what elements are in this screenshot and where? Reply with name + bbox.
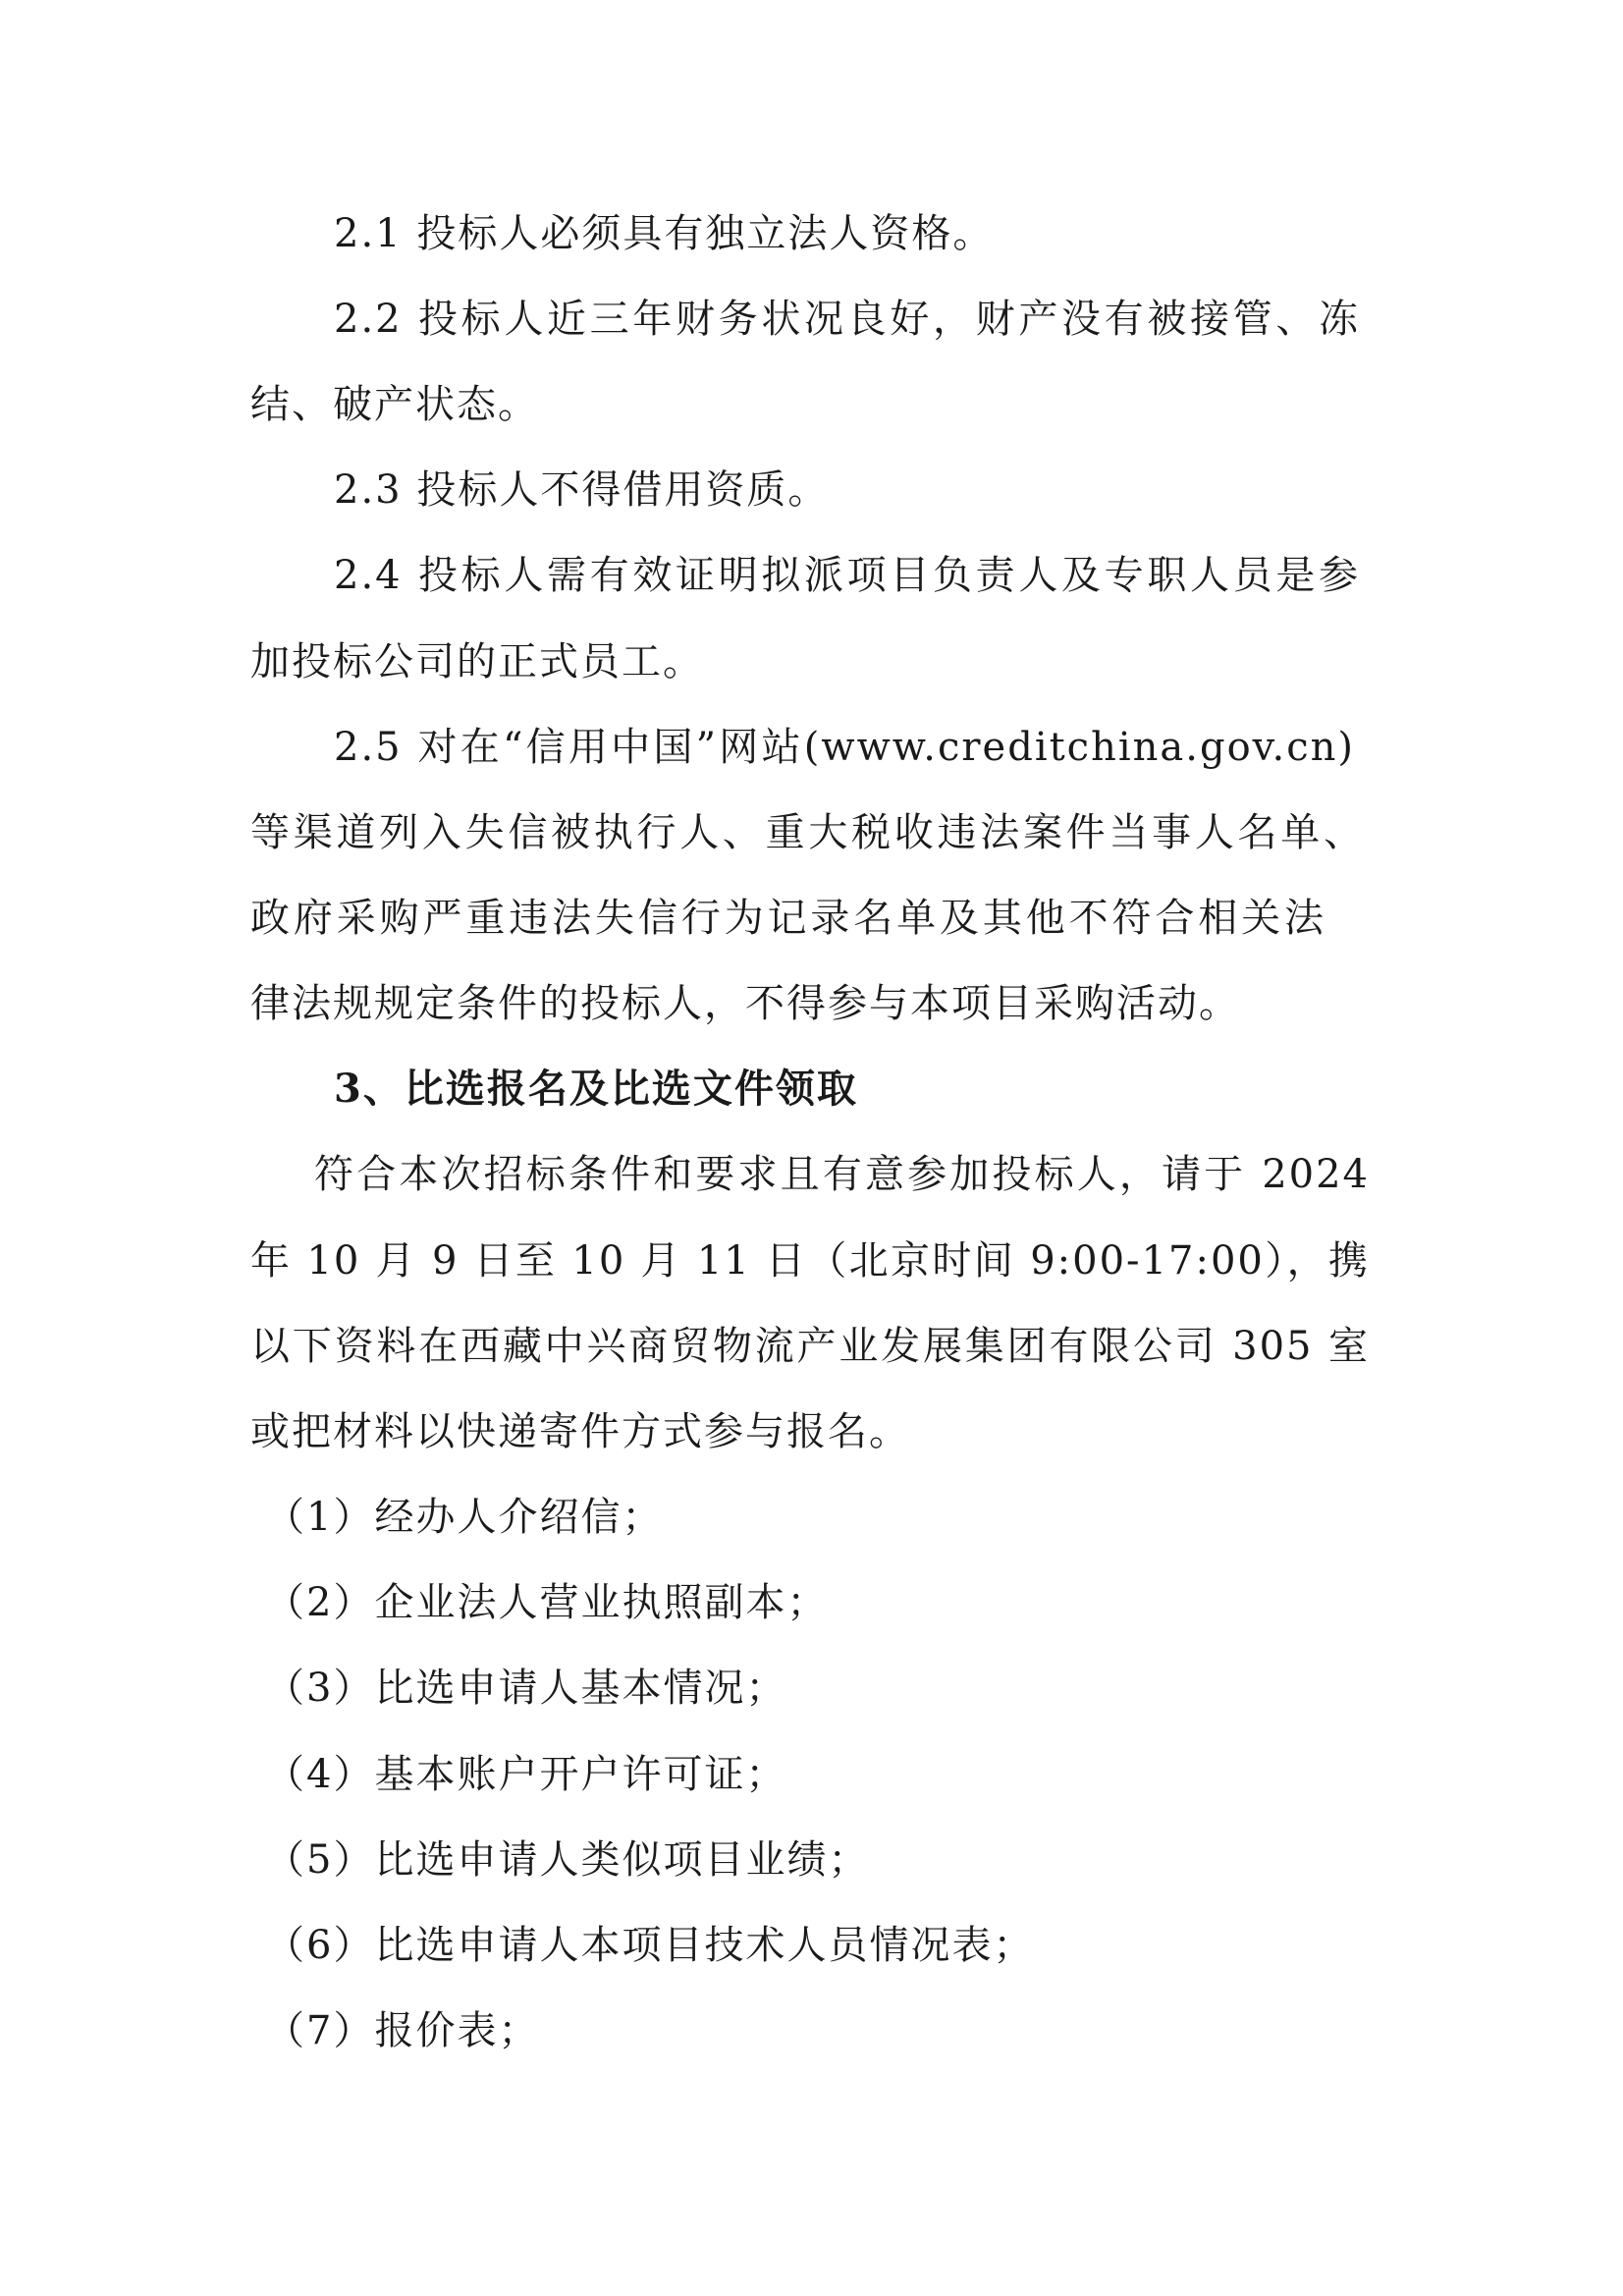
list-item-5: （5）比选申请人类似项目业绩； [265,1835,869,1885]
list-item-7: （7）报价表； [265,2006,539,2055]
section-3-para-line-2: 年 10 月 9 日至 10 月 11 日（北京时间 9:00-17:00），携… [250,1236,1370,1285]
section-3-heading: 3、比选报名及比选文件领取 [334,1065,858,1114]
list-item-1: （1）经办人介绍信； [265,1493,663,1542]
document-page: 2.1 投标人必须具有独立法人资格。 2.2 投标人近三年财务状况良好，财产没有… [0,0,1623,2296]
clause-2-4-line-1: 2.4 投标人需有效证明拟派项目负责人及专职人员是参 [334,551,1360,600]
list-item-2: （2）企业法人营业执照副本； [265,1578,828,1627]
clause-2-5-line-1: 2.5 对在“信用中国”网站(www.creditchina.gov.cn) [334,723,1355,772]
clause-2-2-line-2: 结、破产状态。 [250,380,539,429]
clause-2-3: 2.3 投标人不得借用资质。 [334,465,829,515]
section-3-para-line-4: 或把材料以快递寄件方式参与报名。 [250,1407,910,1456]
clause-2-2-line-1: 2.2 投标人近三年财务状况良好，财产没有被接管、冻 [334,295,1360,344]
list-item-3: （3）比选申请人基本情况； [265,1664,786,1713]
clause-2-5-line-4: 律法规规定条件的投标人，不得参与本项目采购活动。 [250,979,1240,1028]
clause-2-4-line-2: 加投标公司的正式员工。 [250,637,704,686]
list-item-6: （6）比选申请人本项目技术人员情况表； [265,1921,1034,1970]
section-3-para-line-1: 符合本次招标条件和要求且有意参加投标人，请于 2024 [314,1150,1370,1199]
clause-2-1: 2.1 投标人必须具有独立法人资格。 [334,209,994,258]
clause-2-5-line-2: 等渠道列入失信被执行人、重大税收违法案件当事人名单、 [250,808,1365,857]
section-3-para-line-3: 以下资料在西藏中兴商贸物流产业发展集团有限公司 305 室 [250,1322,1370,1371]
clause-2-5-line-3: 政府采购严重违法失信行为记录名单及其他不符合相关法 [250,894,1325,943]
list-item-4: （4）基本账户开户许可证； [265,1750,786,1799]
